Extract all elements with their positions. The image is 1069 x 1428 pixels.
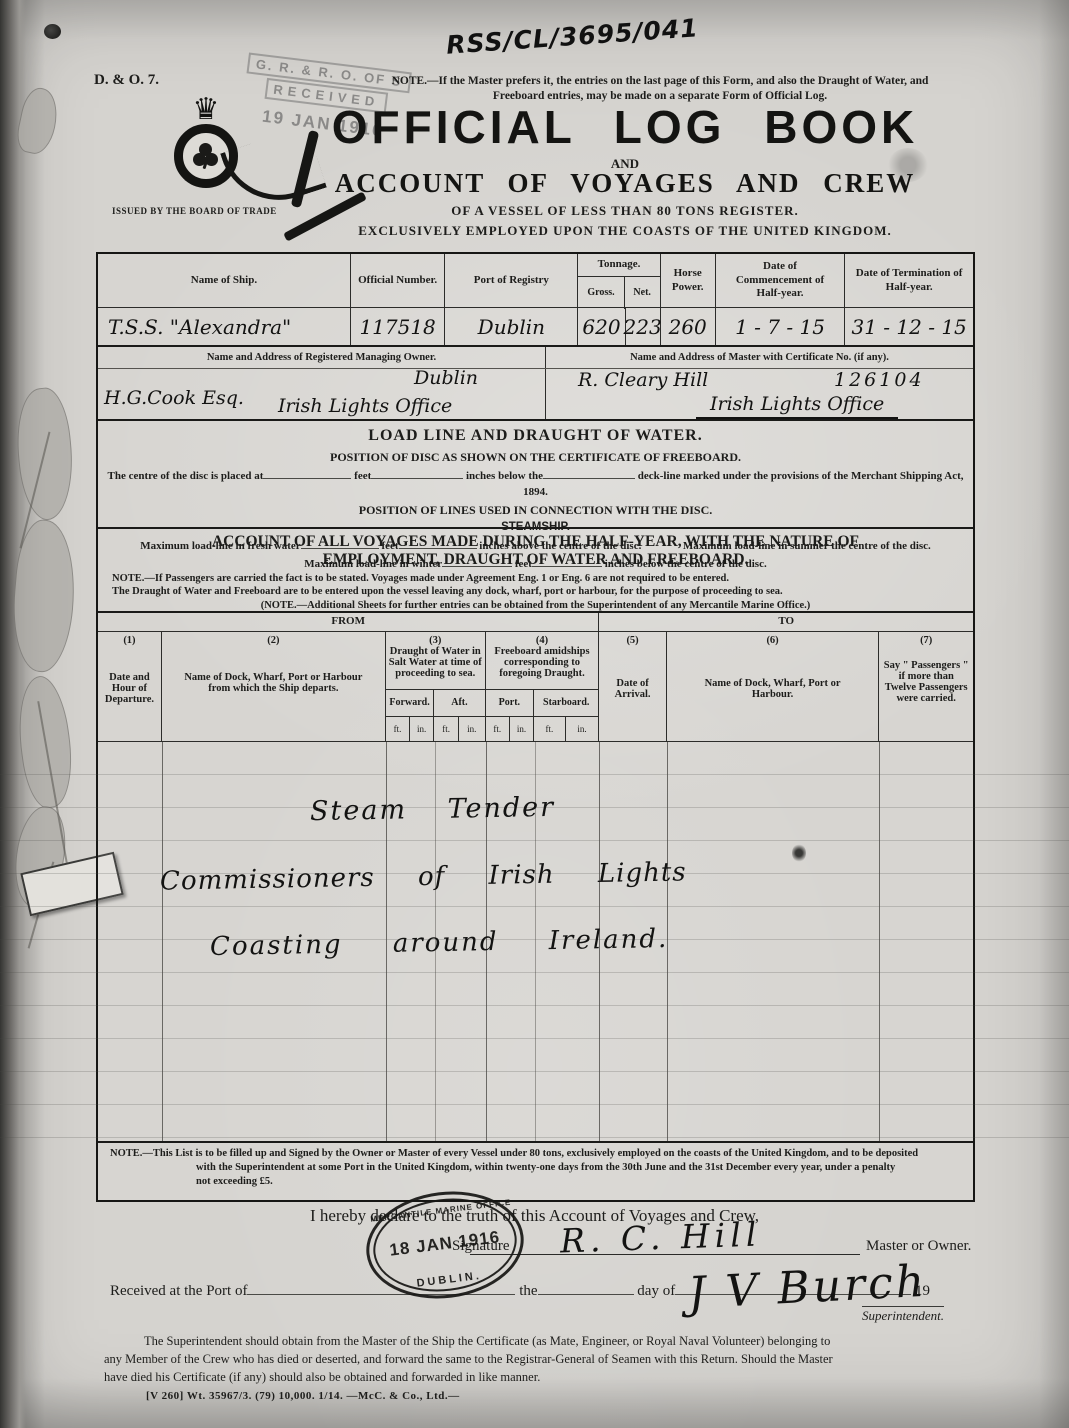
col1-header: (1) Date and Hour of Departure. <box>98 632 162 741</box>
forward-label: Forward. <box>386 690 434 717</box>
col7-label: Say " Passengers " if more than Twelve P… <box>879 660 973 704</box>
aft-label: Aft. <box>434 690 484 717</box>
superintendent-instructions: The Superintendent should obtain from th… <box>104 1332 984 1386</box>
load-line-sub1: POSITION OF DISC AS SHOWN ON THE CERTIFI… <box>98 448 973 466</box>
col-horse-power: Horse Power. <box>661 254 716 307</box>
col2-header: (2) Name of Dock, Wharf, Port or Harbour… <box>162 632 386 741</box>
col4-label: Freeboard amidships corresponding to for… <box>486 646 599 679</box>
deposit-note-line1: NOTE.—This List is to be filled up and S… <box>110 1147 963 1161</box>
col-commencement: Date of Commencement of Half-year. <box>716 254 846 307</box>
subtitle-coasts: EXCLUSIVELY EMPLOYED UPON THE COASTS OF … <box>180 223 1069 239</box>
instructions-line3: have died his Certificate (if any) shoul… <box>104 1368 984 1386</box>
ft-label: ft. <box>386 717 410 741</box>
deposit-note: NOTE.—This List is to be filled up and S… <box>98 1143 973 1200</box>
owner-address-city: Dublin <box>414 367 478 389</box>
port-of-registry-value: Dublin <box>445 308 578 345</box>
owner-value-cell: H.G.Cook Esq. Irish Lights Office Dublin <box>98 369 546 418</box>
col5-num: (5) <box>599 635 665 646</box>
col-termination: Date of Termination of Half-year. <box>845 254 973 307</box>
col-official-number: Official Number. <box>351 254 446 307</box>
account-note2: The Draught of Water and Freeboard are t… <box>112 585 959 599</box>
disc-seg2: feet <box>354 470 371 482</box>
gross-tonnage-value: 620 <box>578 308 625 345</box>
printer-imprint: [V 260] Wt. 35967/3. (79) 10,000. 1/14. … <box>146 1390 460 1402</box>
col7-num: (7) <box>879 635 973 646</box>
load-line-section: LOAD LINE AND DRAUGHT OF WATER. POSITION… <box>98 421 973 529</box>
archive-reference: RSS/CL/3695/041 <box>445 13 699 60</box>
tonnage-label: Tonnage. <box>578 254 659 277</box>
ft-label: ft. <box>534 717 566 741</box>
page-subtitle: ACCOUNT OF VOYAGES AND CREW <box>180 168 1069 199</box>
master-signature: R. C. Hill <box>559 1214 762 1260</box>
subtitle-register: OF A VESSEL OF LESS THAN 80 TONS REGISTE… <box>180 203 1069 219</box>
voyage-body: Steam Tender Commissioners of Irish Ligh… <box>98 742 973 1142</box>
starboard-label: Starboard. <box>534 690 598 717</box>
master-value-cell: R. Cleary Hill 126104 Irish Lights Offic… <box>546 369 973 418</box>
col-tonnage: Tonnage. Gross. Net. <box>578 254 660 307</box>
net-tonnage-value: 223 <box>626 308 661 345</box>
account-section: ACCOUNT OF ALL VOYAGES MADE DURING THE H… <box>98 529 973 613</box>
disc-position-line: The centre of the disc is placed at feet… <box>98 466 973 501</box>
account-title-line1: ACCOUNT OF ALL VOYAGES MADE DURING THE H… <box>98 533 973 551</box>
in-label: in. <box>510 717 534 741</box>
deposit-note-line3: not exceeding £5. <box>110 1175 963 1189</box>
tonnage-gross-label: Gross. <box>578 277 624 309</box>
ship-name-value: T.S.S. "Alexandra" <box>98 308 351 345</box>
blank-field <box>538 1282 634 1295</box>
col6-label: Name of Dock, Wharf, Port or Harbour. <box>667 678 879 700</box>
col6-num: (6) <box>667 635 879 646</box>
mercantile-marine-office-stamp: MERCANTILE MARINE OFFICE 18 JAN 1916 DUB… <box>360 1183 530 1307</box>
disc-seg1: The centre of the disc is placed at <box>107 470 263 482</box>
from-header: FROM <box>98 613 599 632</box>
column-line <box>162 742 163 1140</box>
col-port-of-registry: Port of Registry <box>445 254 578 307</box>
instructions-line1: The Superintendent should obtain from th… <box>104 1332 984 1350</box>
ship-info-value-row: T.S.S. "Alexandra" 117518 Dublin 620 223… <box>98 308 973 347</box>
to-header: TO <box>599 613 973 632</box>
master-header: Name and Address of Master with Certific… <box>546 347 973 368</box>
column-line <box>879 742 880 1140</box>
owner-header: Name and Address of Registered Managing … <box>98 347 546 368</box>
load-line-title: LOAD LINE AND DRAUGHT OF WATER. <box>98 424 973 448</box>
blank-field <box>263 466 351 479</box>
instructions-line2: any Member of the Crew who has died or d… <box>104 1350 984 1368</box>
deposit-note-line2: with the Superintendent at some Port in … <box>110 1161 963 1175</box>
official-number-value: 117518 <box>351 308 446 345</box>
master-certificate-no: 126104 <box>834 369 925 391</box>
col5-label: Date of Arrival. <box>599 678 665 700</box>
from-to-row: FROM TO <box>98 613 973 633</box>
entry-steam-tender: Steam Tender <box>310 792 556 827</box>
col4-header: (4) Freeboard amidships corresponding to… <box>486 632 600 741</box>
punch-hole <box>44 24 61 39</box>
received-seg1: Received at the Port of <box>110 1283 247 1299</box>
col7-header: (7) Say " Passengers " if more than Twel… <box>879 632 973 741</box>
commencement-value: 1 - 7 - 15 <box>716 308 846 345</box>
account-note3: (NOTE.—Additional Sheets for further ent… <box>112 599 959 613</box>
master-name: R. Cleary Hill <box>578 369 708 391</box>
col2-num: (2) <box>162 635 385 646</box>
voyage-header-row: (1) Date and Hour of Departure. (2) Name… <box>98 632 973 742</box>
in-label: in. <box>459 717 485 741</box>
horse-power-value: 260 <box>661 308 716 345</box>
blank-field <box>543 466 635 479</box>
col-name-of-ship: Name of Ship. <box>98 254 351 307</box>
col6-header: (6) Name of Dock, Wharf, Port or Harbour… <box>667 632 880 741</box>
disc-seg3: inches below the <box>466 470 543 482</box>
in-label: in. <box>566 717 599 741</box>
master-or-owner-label: Master or Owner. <box>866 1238 971 1255</box>
col1-label: Date and Hour of Departure. <box>98 672 161 705</box>
col5-header: (5) Date of Arrival. <box>599 632 666 741</box>
account-title-line2: EMPLOYMENT, DRAUGHT OF WATER AND FREEBOA… <box>98 551 973 569</box>
tonnage-net-label: Net. <box>625 277 660 309</box>
col2-label: Name of Dock, Wharf, Port or Harbour fro… <box>162 672 385 694</box>
ship-info-header-row: Name of Ship. Official Number. Port of R… <box>98 254 973 308</box>
form-code: D. & O. 7. <box>94 72 159 89</box>
load-line-sub2: POSITION OF LINES USED IN CONNECTION WIT… <box>98 501 973 519</box>
account-note1: NOTE.—If Passengers are carried the fact… <box>112 572 959 586</box>
owner-name: H.G.Cook Esq. <box>104 387 244 409</box>
declaration-statement: I hereby declare to the truth of this Ac… <box>0 1206 1069 1226</box>
received-seg3: day of <box>637 1283 675 1299</box>
page-title: OFFICIAL LOG BOOK <box>180 100 1069 154</box>
header-note-line1: NOTE.—If the Master prefers it, the entr… <box>300 74 1020 89</box>
blank-field <box>371 466 463 479</box>
owner-master-value-row: H.G.Cook Esq. Irish Lights Office Dublin… <box>98 369 973 420</box>
port-label: Port. <box>486 690 534 717</box>
col3-num: (3) <box>386 635 485 646</box>
col3-label: Draught of Water in Salt Water at time o… <box>386 646 485 679</box>
log-book-form: Name of Ship. Official Number. Port of R… <box>96 252 975 1202</box>
ft-label: ft. <box>434 717 459 741</box>
termination-value: 31 - 12 - 15 <box>845 308 973 345</box>
owner-address-office: Irish Lights Office <box>278 395 452 417</box>
master-address: Irish Lights Office <box>696 393 898 419</box>
col4-num: (4) <box>486 635 599 646</box>
owner-master-header-row: Name and Address of Registered Managing … <box>98 347 973 369</box>
log-book-page: RSS/CL/3695/041 D. & O. 7. G. R. & R. O.… <box>0 0 1069 1428</box>
in-label: in. <box>410 717 434 741</box>
col1-num: (1) <box>98 635 161 646</box>
ft-label: ft. <box>486 717 510 741</box>
account-notes: NOTE.—If Passengers are carried the fact… <box>98 569 973 613</box>
col3-header: (3) Draught of Water in Salt Water at ti… <box>386 632 486 741</box>
